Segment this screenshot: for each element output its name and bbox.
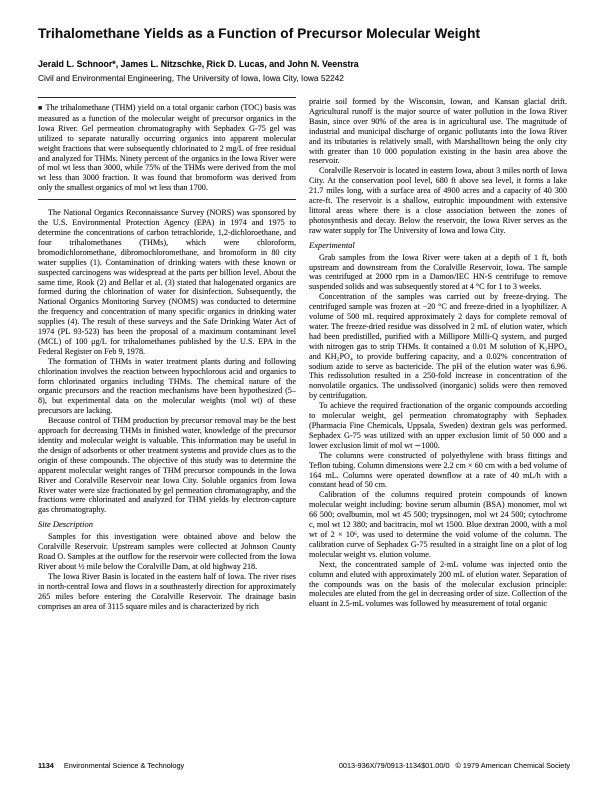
- paragraph: prairie soil formed by the Wisconsin, Io…: [309, 97, 567, 166]
- section-heading-site-description: Site Description: [38, 520, 296, 530]
- section-heading-experimental: Experimental: [309, 241, 567, 251]
- article-header: Trihalomethane Yields as a Function of P…: [38, 26, 566, 83]
- authors-line: Jerald L. Schnoor*, James L. Nitzschke, …: [38, 59, 566, 69]
- footer-right: 0013-936X/79/0913-1134$01.00/0© 1979 Ame…: [333, 761, 570, 770]
- paragraph: The columns were constructed of polyethy…: [309, 451, 567, 491]
- paragraph: Coralville Reservoir is located in easte…: [309, 166, 567, 235]
- journal-page: Trihalomethane Yields as a Function of P…: [0, 0, 600, 794]
- page-title: Trihalomethane Yields as a Function of P…: [38, 26, 566, 42]
- issn-code: 0013-936X/79/0913-1134$01.00/0: [339, 761, 450, 770]
- right-column: prairie soil formed by the Wisconsin, Io…: [309, 97, 567, 750]
- article-body: ■The trihalomethane (THM) yield on a tot…: [38, 97, 567, 750]
- paragraph: Concentration of the samples was carried…: [309, 292, 567, 401]
- paragraph: Next, the concentrated sample of 2-mL vo…: [309, 560, 567, 610]
- page-footer: 1134Environmental Science & Technology 0…: [38, 761, 570, 770]
- paragraph: To achieve the required fractionation of…: [309, 401, 567, 451]
- paragraph: Because control of THM production by pre…: [38, 416, 296, 515]
- copyright-notice: © 1979 American Chemical Society: [456, 761, 570, 770]
- left-column: ■The trihalomethane (THM) yield on a tot…: [38, 97, 296, 750]
- paragraph: Calibration of the columns required prot…: [309, 490, 567, 559]
- footer-left: 1134Environmental Science & Technology: [38, 761, 184, 770]
- journal-name: Environmental Science & Technology: [64, 761, 184, 770]
- paragraph: The formation of THMs in water treatment…: [38, 357, 296, 416]
- scan-artifact-mark: ʼ: [206, 66, 208, 76]
- affiliation-line: Civil and Environmental Engineering, The…: [38, 73, 566, 83]
- abstract-marker-icon: ■: [38, 104, 42, 112]
- page-number: 1134: [38, 761, 54, 770]
- abstract-text: The trihalomethane (THM) yield on a tota…: [38, 103, 296, 192]
- paragraph: Samples for this investigation were obta…: [38, 532, 296, 572]
- paragraph: Grab samples from the Iowa River were ta…: [309, 253, 567, 293]
- paragraph: The National Organics Reconnaissance Sur…: [38, 208, 296, 357]
- paragraph: The Iowa River Basin is located in the e…: [38, 572, 296, 612]
- abstract-block: ■The trihalomethane (THM) yield on a tot…: [38, 97, 296, 200]
